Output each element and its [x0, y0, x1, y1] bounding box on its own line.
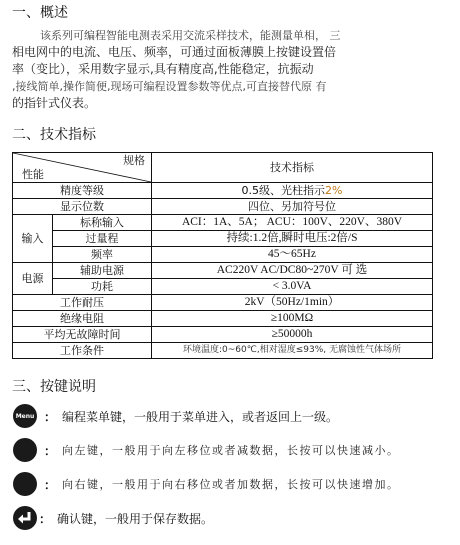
row-label: 标称输入 — [53, 215, 152, 231]
table-row: 显示位数 四位、另加符号位 — [13, 199, 433, 215]
menu-key-icon: Menu — [13, 404, 37, 428]
overview-line-3: 率（变比），采用数字显示,具有精度高,性能稳定，抗振动 — [12, 61, 412, 78]
table-row: 频率 45～65Hz — [13, 247, 433, 263]
overview-line-5: 的指针式仪表。 — [12, 95, 412, 112]
section-title-specs: 二、技术指标 — [12, 124, 96, 144]
menu-key-description: 编程菜单键，一般用于菜单进入，或者返回上一级。 — [62, 408, 338, 425]
diagonal-header-cell: 规格 性能 — [13, 153, 152, 183]
row-label: 显示位数 — [13, 199, 152, 215]
right-key-icon — [13, 472, 37, 496]
group-input: 输入 — [13, 215, 53, 263]
table-row: 过量程 持续:1.2倍,瞬时电压:2倍/S — [13, 231, 433, 247]
table-row: 输入 标称输入 ACI：1A、5A； ACU：100V、220V、380V — [13, 215, 433, 231]
enter-key-icon — [13, 506, 37, 530]
spec-header-row: 规格 性能 技术指标 — [13, 153, 433, 183]
row-value: 环境温度:0~60℃,相对湿度≤93%, 无腐蚀性气体场所 — [152, 343, 433, 359]
row-value: 2kV（50Hz/1min） — [152, 295, 433, 311]
row-value: ≥100MΩ — [152, 311, 433, 327]
row-value: 四位、另加符号位 — [152, 199, 433, 215]
section-title-keys: 三、按键说明 — [12, 376, 96, 396]
table-row: 平均无故障时间 ≥50000h — [13, 327, 433, 343]
row-value: 持续:1.2倍,瞬时电压:2倍/S — [152, 231, 433, 247]
overview-paragraph: 该系列可编程智能电测表采用交流采样技术，能测量单相， 三 相电网中的电流、电压、… — [12, 27, 412, 112]
key-row-right: ： 向右键，一般用于向右移位或者加数据，长按可以快速增加。 — [13, 472, 400, 496]
table-row: 绝缘电阻 ≥100MΩ — [13, 311, 433, 327]
key-row-left: ： 向左键，一般用于向左移位或者减数据，长按可以快速减小。 — [13, 438, 400, 462]
enter-key-description: 确认键，一般用于保存数据。 — [57, 510, 213, 527]
row-label: 绝缘电阻 — [13, 311, 152, 327]
row-label: 工作条件 — [13, 343, 152, 359]
row-value: 0.5级、光柱指示2% — [152, 183, 433, 199]
row-value: 45～65Hz — [152, 247, 433, 263]
row-label: 辅助电源 — [53, 263, 152, 279]
table-row: 电源 辅助电源 AC220V AC/DC80~270V 可 选 — [13, 263, 433, 279]
row-label: 过量程 — [53, 231, 152, 247]
row-label: 功耗 — [53, 279, 152, 295]
row-label: 频率 — [53, 247, 152, 263]
table-row: 功耗 < 3.0VA — [13, 279, 433, 295]
spec-table: 规格 性能 技术指标 精度等级 0.5级、光柱指示2% 显示位数 四位、另加符号… — [12, 152, 433, 359]
row-value: ≥50000h — [152, 327, 433, 343]
row-value: < 3.0VA — [152, 279, 433, 295]
row-label: 工作耐压 — [13, 295, 152, 311]
row-label: 平均无故障时间 — [13, 327, 152, 343]
overview-line-2: 相电网中的电流、电压、频率，可通过面板薄膜上按键设置倍 — [12, 44, 412, 61]
left-key-description: 向左键，一般用于向左移位或者减数据，长按可以快速减小。 — [62, 442, 400, 458]
table-row: 精度等级 0.5级、光柱指示2% — [13, 183, 433, 199]
header-spec-label: 规格 — [123, 154, 145, 167]
overview-line-4: ,接线简单,操作简便,现场可编程设置参数等优点,可直接替代原 有 — [12, 78, 412, 95]
row-value: ACI：1A、5A； ACU：100V、220V、380V — [152, 215, 433, 231]
header-tech-index: 技术指标 — [152, 153, 433, 183]
section-title-overview: 一、概述 — [12, 2, 68, 22]
header-performance-label: 性能 — [22, 168, 44, 181]
row-label: 精度等级 — [13, 183, 152, 199]
key-row-enter: ： 确认键，一般用于保存数据。 — [13, 506, 213, 530]
row-value: AC220V AC/DC80~270V 可 选 — [152, 263, 433, 279]
group-power: 电源 — [13, 263, 53, 295]
table-row: 工作条件 环境温度:0~60℃,相对湿度≤93%, 无腐蚀性气体场所 — [13, 343, 433, 359]
left-key-icon — [13, 438, 37, 462]
key-row-menu: Menu ： 编程菜单键，一般用于菜单进入，或者返回上一级。 — [13, 404, 338, 428]
overview-line-1: 该系列可编程智能电测表采用交流采样技术，能测量单相， 三 — [12, 27, 412, 44]
table-row: 工作耐压 2kV（50Hz/1min） — [13, 295, 433, 311]
right-key-description: 向右键，一般用于向右移位或者加数据，长按可以快速增加。 — [62, 476, 400, 492]
